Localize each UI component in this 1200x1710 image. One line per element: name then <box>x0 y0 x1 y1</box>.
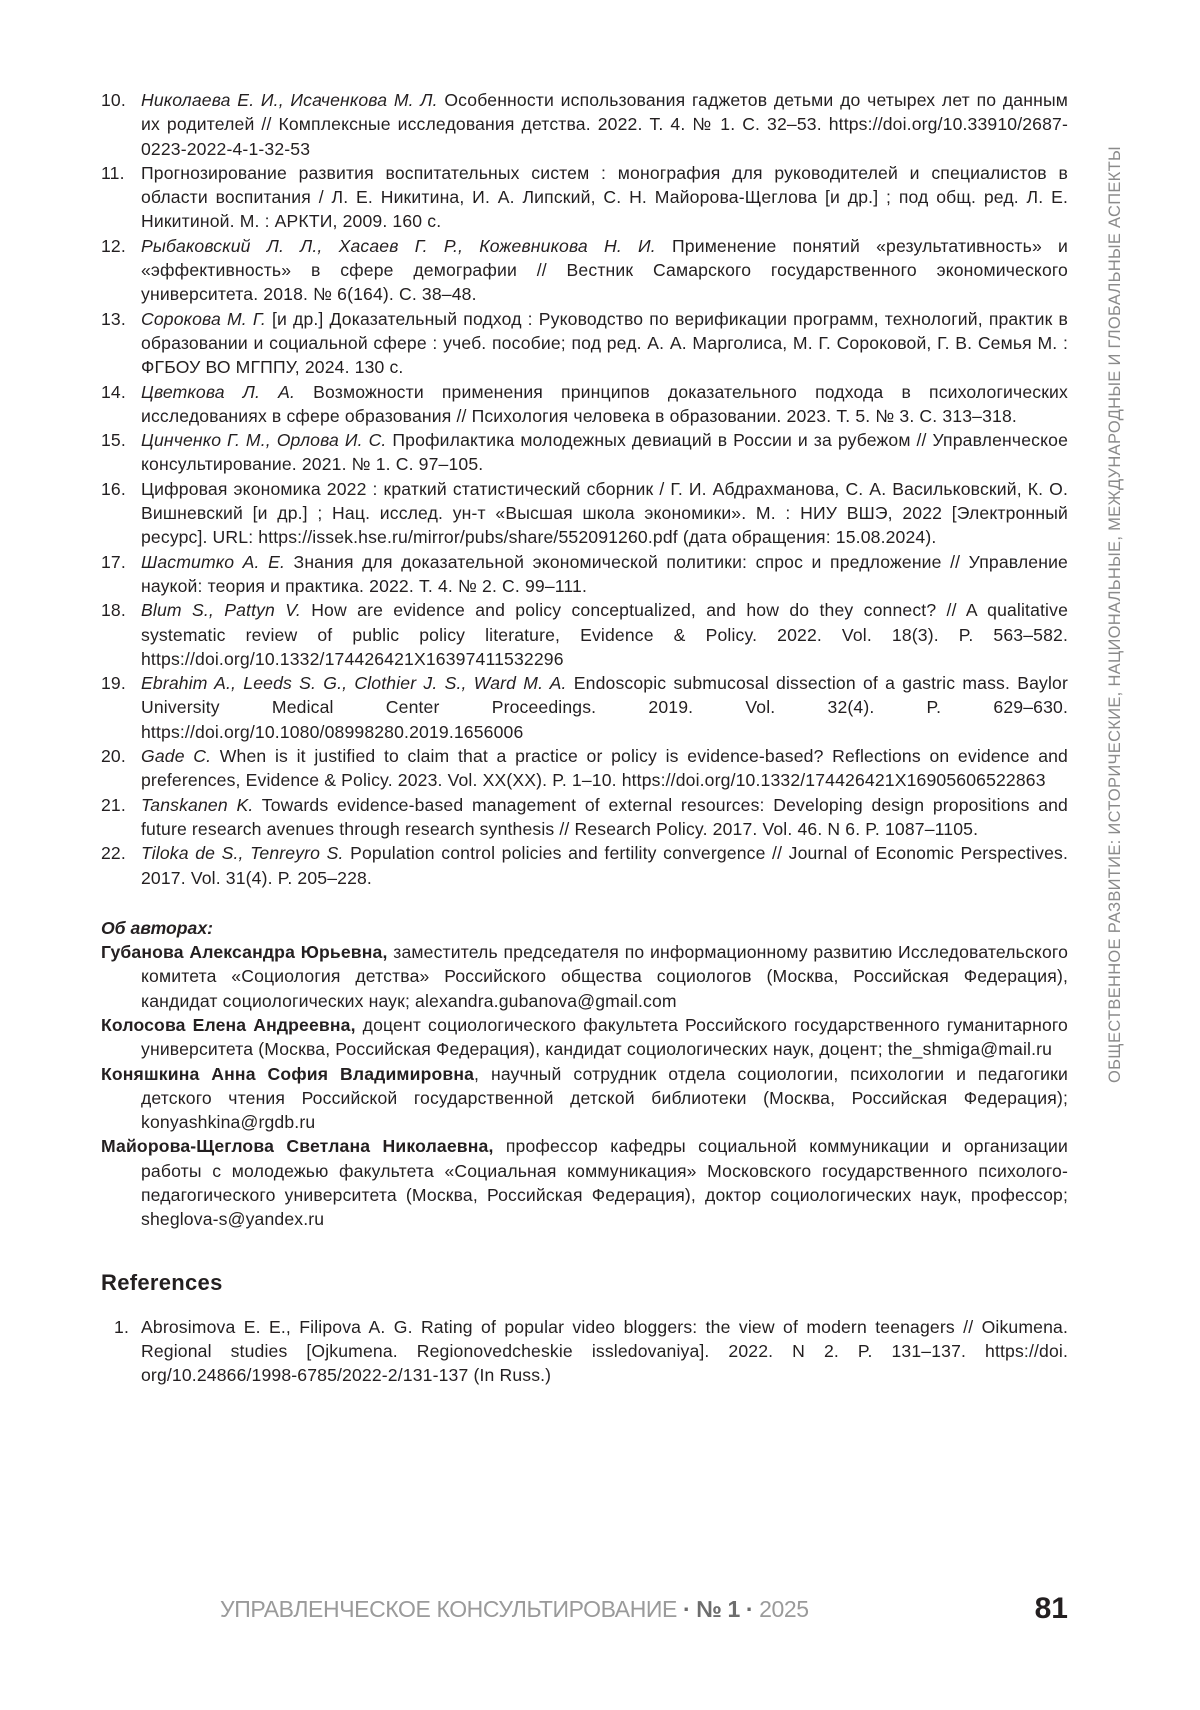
references-en-list: 1.Abrosimova E. E., Filipova A. G. Ratin… <box>101 1315 1068 1388</box>
reference-item: 11.Прогнозирование развития воспитательн… <box>101 161 1068 234</box>
reference-authors: Николаева Е. И., Исаченкова М. Л. <box>141 90 438 110</box>
references-en-title: References <box>101 1268 1068 1298</box>
footer-separator: · <box>677 1596 696 1622</box>
reference-number: 12. <box>101 234 139 258</box>
reference-authors: Blum S., Pattyn V. <box>141 600 301 620</box>
author-entry: Губанова Александра Юрьевна, заместитель… <box>101 940 1068 1013</box>
reference-item: 10.Николаева Е. И., Исаченкова М. Л. Осо… <box>101 88 1068 161</box>
page-body: 10.Николаева Е. И., Исаченкова М. Л. Осо… <box>101 88 1068 1388</box>
reference-authors: Цветкова Л. А. <box>141 382 295 402</box>
author-entry: Колосова Елена Андреевна, доцент социоло… <box>101 1013 1068 1062</box>
reference-text: Цифровая экономика 2022 : краткий статис… <box>141 479 1068 548</box>
reference-text: [и др.] Доказательный подход : Руководст… <box>141 309 1068 378</box>
reference-item: 20.Gade C. When is it justified to claim… <box>101 744 1068 793</box>
reference-number: 14. <box>101 380 139 404</box>
author-name: Коняшкина Анна София Владимировна <box>101 1064 474 1084</box>
reference-number: 1. <box>91 1315 129 1339</box>
reference-item: 18.Blum S., Pattyn V. How are evidence a… <box>101 598 1068 671</box>
reference-number: 17. <box>101 550 139 574</box>
reference-authors: Цинченко Г. М., Орлова И. С. <box>141 430 386 450</box>
reference-number: 19. <box>101 671 139 695</box>
reference-number: 21. <box>101 793 139 817</box>
reference-number: 11. <box>101 161 139 185</box>
author-name: Колосова Елена Андреевна, <box>101 1015 356 1035</box>
reference-item: 12.Рыбаковский Л. Л., Хасаев Г. Р., Коже… <box>101 234 1068 307</box>
reference-authors: Tanskanen K. <box>141 795 253 815</box>
issue-number: № 1 <box>696 1596 740 1622</box>
reference-item: 16.Цифровая экономика 2022 : краткий ста… <box>101 477 1068 550</box>
reference-number: 13. <box>101 307 139 331</box>
footer-separator: · <box>740 1596 759 1622</box>
page-number: 81 <box>1035 1592 1068 1626</box>
reference-item: 19.Ebrahim A., Leeds S. G., Clothier J. … <box>101 671 1068 744</box>
reference-item: 14.Цветкова Л. А. Возможности применения… <box>101 380 1068 429</box>
references-ru-list: 10.Николаева Е. И., Исаченкова М. Л. Осо… <box>101 88 1068 890</box>
reference-number: 22. <box>101 841 139 865</box>
reference-authors: Ebrahim A., Leeds S. G., Clothier J. S.,… <box>141 673 567 693</box>
reference-authors: Gade C. <box>141 746 211 766</box>
reference-item: 21.Tanskanen K. Towards evidence-based m… <box>101 793 1068 842</box>
journal-name: УПРАВЛЕНЧЕСКОЕ КОНСУЛЬТИРОВАНИЕ <box>220 1596 677 1622</box>
reference-item: 13.Сорокова М. Г. [и др.] Доказательный … <box>101 307 1068 380</box>
reference-authors: Сорокова М. Г. <box>141 309 266 329</box>
reference-number: 10. <box>101 88 139 112</box>
reference-item: 22.Tiloka de S., Tenreyro S. Population … <box>101 841 1068 890</box>
side-running-head: ОБЩЕСТВЕННОЕ РАЗВИТИЕ: ИСТОРИЧЕСКИЕ, НАЦ… <box>1106 93 1125 1083</box>
author-entry: Коняшкина Анна София Владимировна, научн… <box>101 1062 1068 1135</box>
issue-year: 2025 <box>759 1596 809 1622</box>
reference-item: 17.Шаститко А. Е. Знания для доказательн… <box>101 550 1068 599</box>
reference-authors: Рыбаковский Л. Л., Хасаев Г. Р., Кожевни… <box>141 236 656 256</box>
author-name: Губанова Александра Юрьевна, <box>101 942 388 962</box>
footer-journal-line: УПРАВЛЕНЧЕСКОЕ КОНСУЛЬТИРОВАНИЕ · № 1 · … <box>220 1596 809 1623</box>
reference-text: Abrosimova E. E., Filipova A. G. Rating … <box>141 1317 1068 1386</box>
author-entry: Майорова-Щеглова Светлана Николаевна, пр… <box>101 1134 1068 1231</box>
reference-item: 1.Abrosimova E. E., Filipova A. G. Ratin… <box>101 1315 1068 1388</box>
reference-number: 16. <box>101 477 139 501</box>
reference-authors: Tiloka de S., Tenreyro S. <box>141 843 344 863</box>
reference-text: When is it justified to claim that a pra… <box>141 746 1068 790</box>
reference-number: 15. <box>101 428 139 452</box>
reference-item: 15.Цинченко Г. М., Орлова И. С. Профилак… <box>101 428 1068 477</box>
author-name: Майорова-Щеглова Светлана Николаевна, <box>101 1136 493 1156</box>
reference-number: 18. <box>101 598 139 622</box>
page-footer: УПРАВЛЕНЧЕСКОЕ КОНСУЛЬТИРОВАНИЕ · № 1 · … <box>220 1592 1068 1626</box>
reference-number: 20. <box>101 744 139 768</box>
reference-authors: Шаститко А. Е. <box>141 552 285 572</box>
reference-text: Прогнозирование развития воспитательных … <box>141 163 1068 232</box>
reference-text: Towards evidence-based management of ext… <box>141 795 1068 839</box>
about-authors-section: Об авторах: Губанова Александра Юрьевна,… <box>101 916 1068 1232</box>
about-authors-title: Об авторах: <box>101 916 1068 940</box>
